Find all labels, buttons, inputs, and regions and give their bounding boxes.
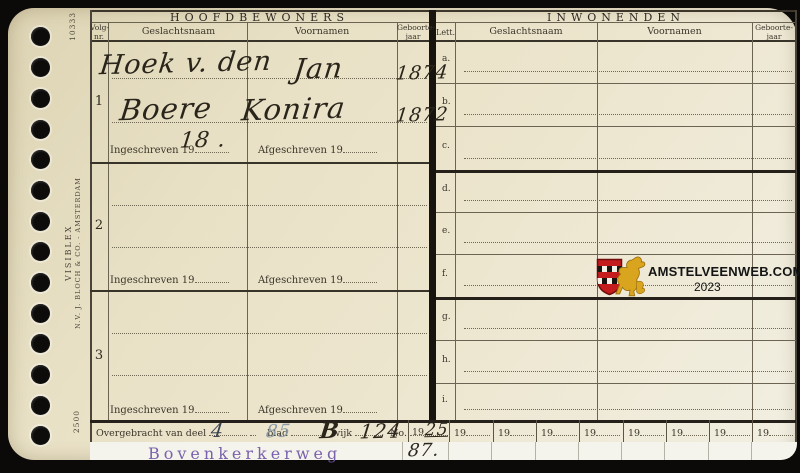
divider [247, 22, 248, 420]
letter-label: f. [442, 269, 448, 279]
year-cell: 19 [541, 427, 577, 439]
overgebracht-deel-label: Overgebracht van deel [96, 428, 206, 439]
afgeschreven-label: Afgeschreven 19 [258, 404, 377, 416]
year-prefix: 19 [454, 428, 466, 439]
printer-company: N.V. J. BLOCH & CO. - AMSTERDAM [74, 166, 82, 341]
divider [751, 442, 752, 460]
divider [90, 290, 429, 292]
writing-line [464, 242, 792, 243]
handwritten-geslachtsnaam: Boere [118, 91, 214, 127]
binder-hole [31, 89, 50, 108]
dotted-leader [596, 427, 620, 436]
binder-hole [31, 27, 50, 46]
column-header-voornamen-inw: Voornamen [597, 27, 752, 37]
ingeschreven-label: Ingeschreven 19 [110, 274, 229, 286]
scanned-register-card: 10333 VISIBLEX N.V. J. BLOCH & CO. - AMS… [0, 0, 800, 473]
section-title-inwonenden: INWONENDEN [436, 11, 796, 24]
year-prefix: 19 [757, 428, 769, 439]
dotted-leader [466, 427, 490, 436]
dotted-leader [769, 427, 793, 436]
handwritten-no: 124 [359, 418, 403, 443]
divider [621, 442, 622, 460]
divider [436, 383, 796, 384]
afgeschreven-text: Afgeschreven 19 [258, 405, 343, 416]
binder-hole [31, 58, 50, 77]
writing-line [464, 114, 792, 115]
letter-label: a. [442, 54, 450, 64]
year-cell: 19 [714, 427, 750, 439]
year-cell: 19 [757, 427, 793, 439]
column-header-volgnr: Volg- nr. [90, 24, 108, 41]
letter-label: h. [442, 355, 451, 365]
dotted-leader [250, 427, 256, 436]
divider [491, 442, 492, 460]
dotted-leader [195, 274, 229, 283]
dotted-leader [343, 144, 377, 153]
divider [623, 420, 624, 442]
handwritten-deel: 4 [210, 420, 226, 442]
divider [709, 420, 710, 442]
divider [536, 420, 537, 442]
handwritten-voornamen: Jan [292, 51, 345, 85]
watermark-site: AMSTELVEENWEB.COM [648, 264, 800, 279]
binder-hole [31, 426, 50, 445]
year-prefix: 19 [714, 428, 726, 439]
divider [752, 22, 753, 420]
letter-label: e. [442, 226, 450, 236]
letter-label: b. [442, 97, 451, 107]
handwritten-geslachtsnaam: Hoek v. den [98, 46, 274, 81]
writing-line [464, 200, 792, 201]
handwritten-geboortejaar: 1874 [395, 61, 450, 84]
binder-hole [31, 304, 50, 323]
writing-line [464, 158, 792, 159]
writing-line [112, 375, 427, 376]
lion-icon [614, 254, 646, 300]
divider [436, 340, 796, 341]
divider [795, 10, 797, 442]
afgeschreven-text: Afgeschreven 19 [258, 145, 343, 156]
year-prefix: 19 [412, 427, 424, 438]
dotted-leader [195, 404, 229, 413]
dotted-leader [510, 427, 534, 436]
afgeschreven-label: Afgeschreven 19 [258, 274, 377, 286]
divider [448, 442, 449, 460]
binder-hole [31, 181, 50, 200]
letter-label: d. [442, 184, 451, 194]
letter-label: i. [442, 395, 448, 405]
handwritten-wijk: B [318, 418, 341, 445]
year-prefix: 19 [671, 428, 683, 439]
handwritten-year: 25 [424, 420, 450, 441]
binder-hole [31, 334, 50, 353]
divider [436, 83, 796, 84]
writing-line [464, 409, 792, 410]
handwritten-blad: 85 [265, 421, 292, 443]
year-prefix: 19 [541, 428, 553, 439]
geboortejaar-line2: jaar [406, 32, 421, 41]
writing-line [112, 333, 427, 334]
binder-hole [31, 242, 50, 261]
year-prefix: 19 [498, 428, 510, 439]
printer-brand: VISIBLEX [64, 178, 73, 328]
binder-hole [31, 365, 50, 384]
stock-number-top: 10333 [68, 12, 77, 41]
handwritten-house-number: 87. [407, 440, 441, 462]
binder-hole [31, 120, 50, 139]
stock-number-bottom: 2500 [72, 410, 81, 433]
dotted-leader [726, 427, 750, 436]
handwritten-ingeschreven-jaar: 18 . [178, 127, 227, 153]
divider [90, 162, 429, 164]
divider [90, 40, 796, 42]
divider [108, 22, 109, 420]
year-prefix: 19 [628, 428, 640, 439]
divider [664, 442, 665, 460]
divider [597, 22, 598, 420]
writing-line [464, 71, 792, 72]
street-name-stamp: Bovenkerkerweg [148, 444, 341, 463]
writing-line [464, 328, 792, 329]
registration-card: 10333 VISIBLEX N.V. J. BLOCH & CO. - AMS… [8, 8, 797, 460]
binder-hole [31, 150, 50, 169]
binder-hole [31, 212, 50, 231]
divider [436, 212, 796, 213]
divider [493, 420, 494, 442]
divider [436, 126, 796, 127]
row-number: 2 [91, 218, 107, 233]
divider [708, 442, 709, 460]
dotted-leader [683, 427, 707, 436]
row-number: 1 [91, 94, 107, 109]
geboortejaar-inw-line2: jaar [767, 32, 782, 41]
column-header-geboortejaar: Geboorte- jaar [397, 24, 429, 41]
writing-line [112, 205, 427, 206]
ingeschreven-text: Ingeschreven 19 [110, 275, 195, 286]
row-number: 3 [91, 348, 107, 363]
year-cell: 19 [584, 427, 620, 439]
letter-label: c. [442, 141, 450, 151]
watermark-year: 2023 [694, 280, 721, 294]
divider [666, 420, 667, 442]
dotted-leader [343, 404, 377, 413]
volgnr-line2: nr. [94, 32, 104, 41]
binder-hole [31, 273, 50, 292]
divider [752, 420, 753, 442]
afgeschreven-text: Afgeschreven 19 [258, 275, 343, 286]
year-cell: 19 [498, 427, 534, 439]
column-header-geslachtsnaam: Geslachtsnaam [110, 27, 247, 37]
handwritten-voornamen: Konira [240, 91, 348, 128]
column-header-voornamen: Voornamen [247, 27, 397, 37]
watermark-logo: AMSTELVEENWEB.COM 2023 [594, 254, 774, 302]
column-header-geslachtsnaam-inw: Geslachtsnaam [455, 27, 597, 37]
afgeschreven-label: Afgeschreven 19 [258, 144, 377, 156]
column-header-geboortejaar-inw: Geboorte- jaar [752, 24, 796, 41]
divider [455, 22, 456, 420]
divider [436, 170, 796, 173]
year-prefix: 19 [584, 428, 596, 439]
ingeschreven-text: Ingeschreven 19 [110, 405, 195, 416]
divider [402, 442, 403, 460]
writing-line [464, 371, 792, 372]
column-header-lett: Lett. [436, 28, 455, 37]
dotted-leader [343, 274, 377, 283]
divider [535, 442, 536, 460]
year-cell: 19 [671, 427, 707, 439]
letter-label: g. [442, 312, 451, 322]
binder-hole [31, 396, 50, 415]
year-cell: 19 [628, 427, 664, 439]
divider [578, 442, 579, 460]
writing-line [112, 247, 427, 248]
dotted-leader [553, 427, 577, 436]
dotted-leader [640, 427, 664, 436]
year-cell: 19 [454, 427, 490, 439]
divider [579, 420, 580, 442]
section-title-hoofdbewoners: HOOFDBEWONERS [90, 11, 429, 24]
ingeschreven-label: Ingeschreven 19 [110, 404, 229, 416]
